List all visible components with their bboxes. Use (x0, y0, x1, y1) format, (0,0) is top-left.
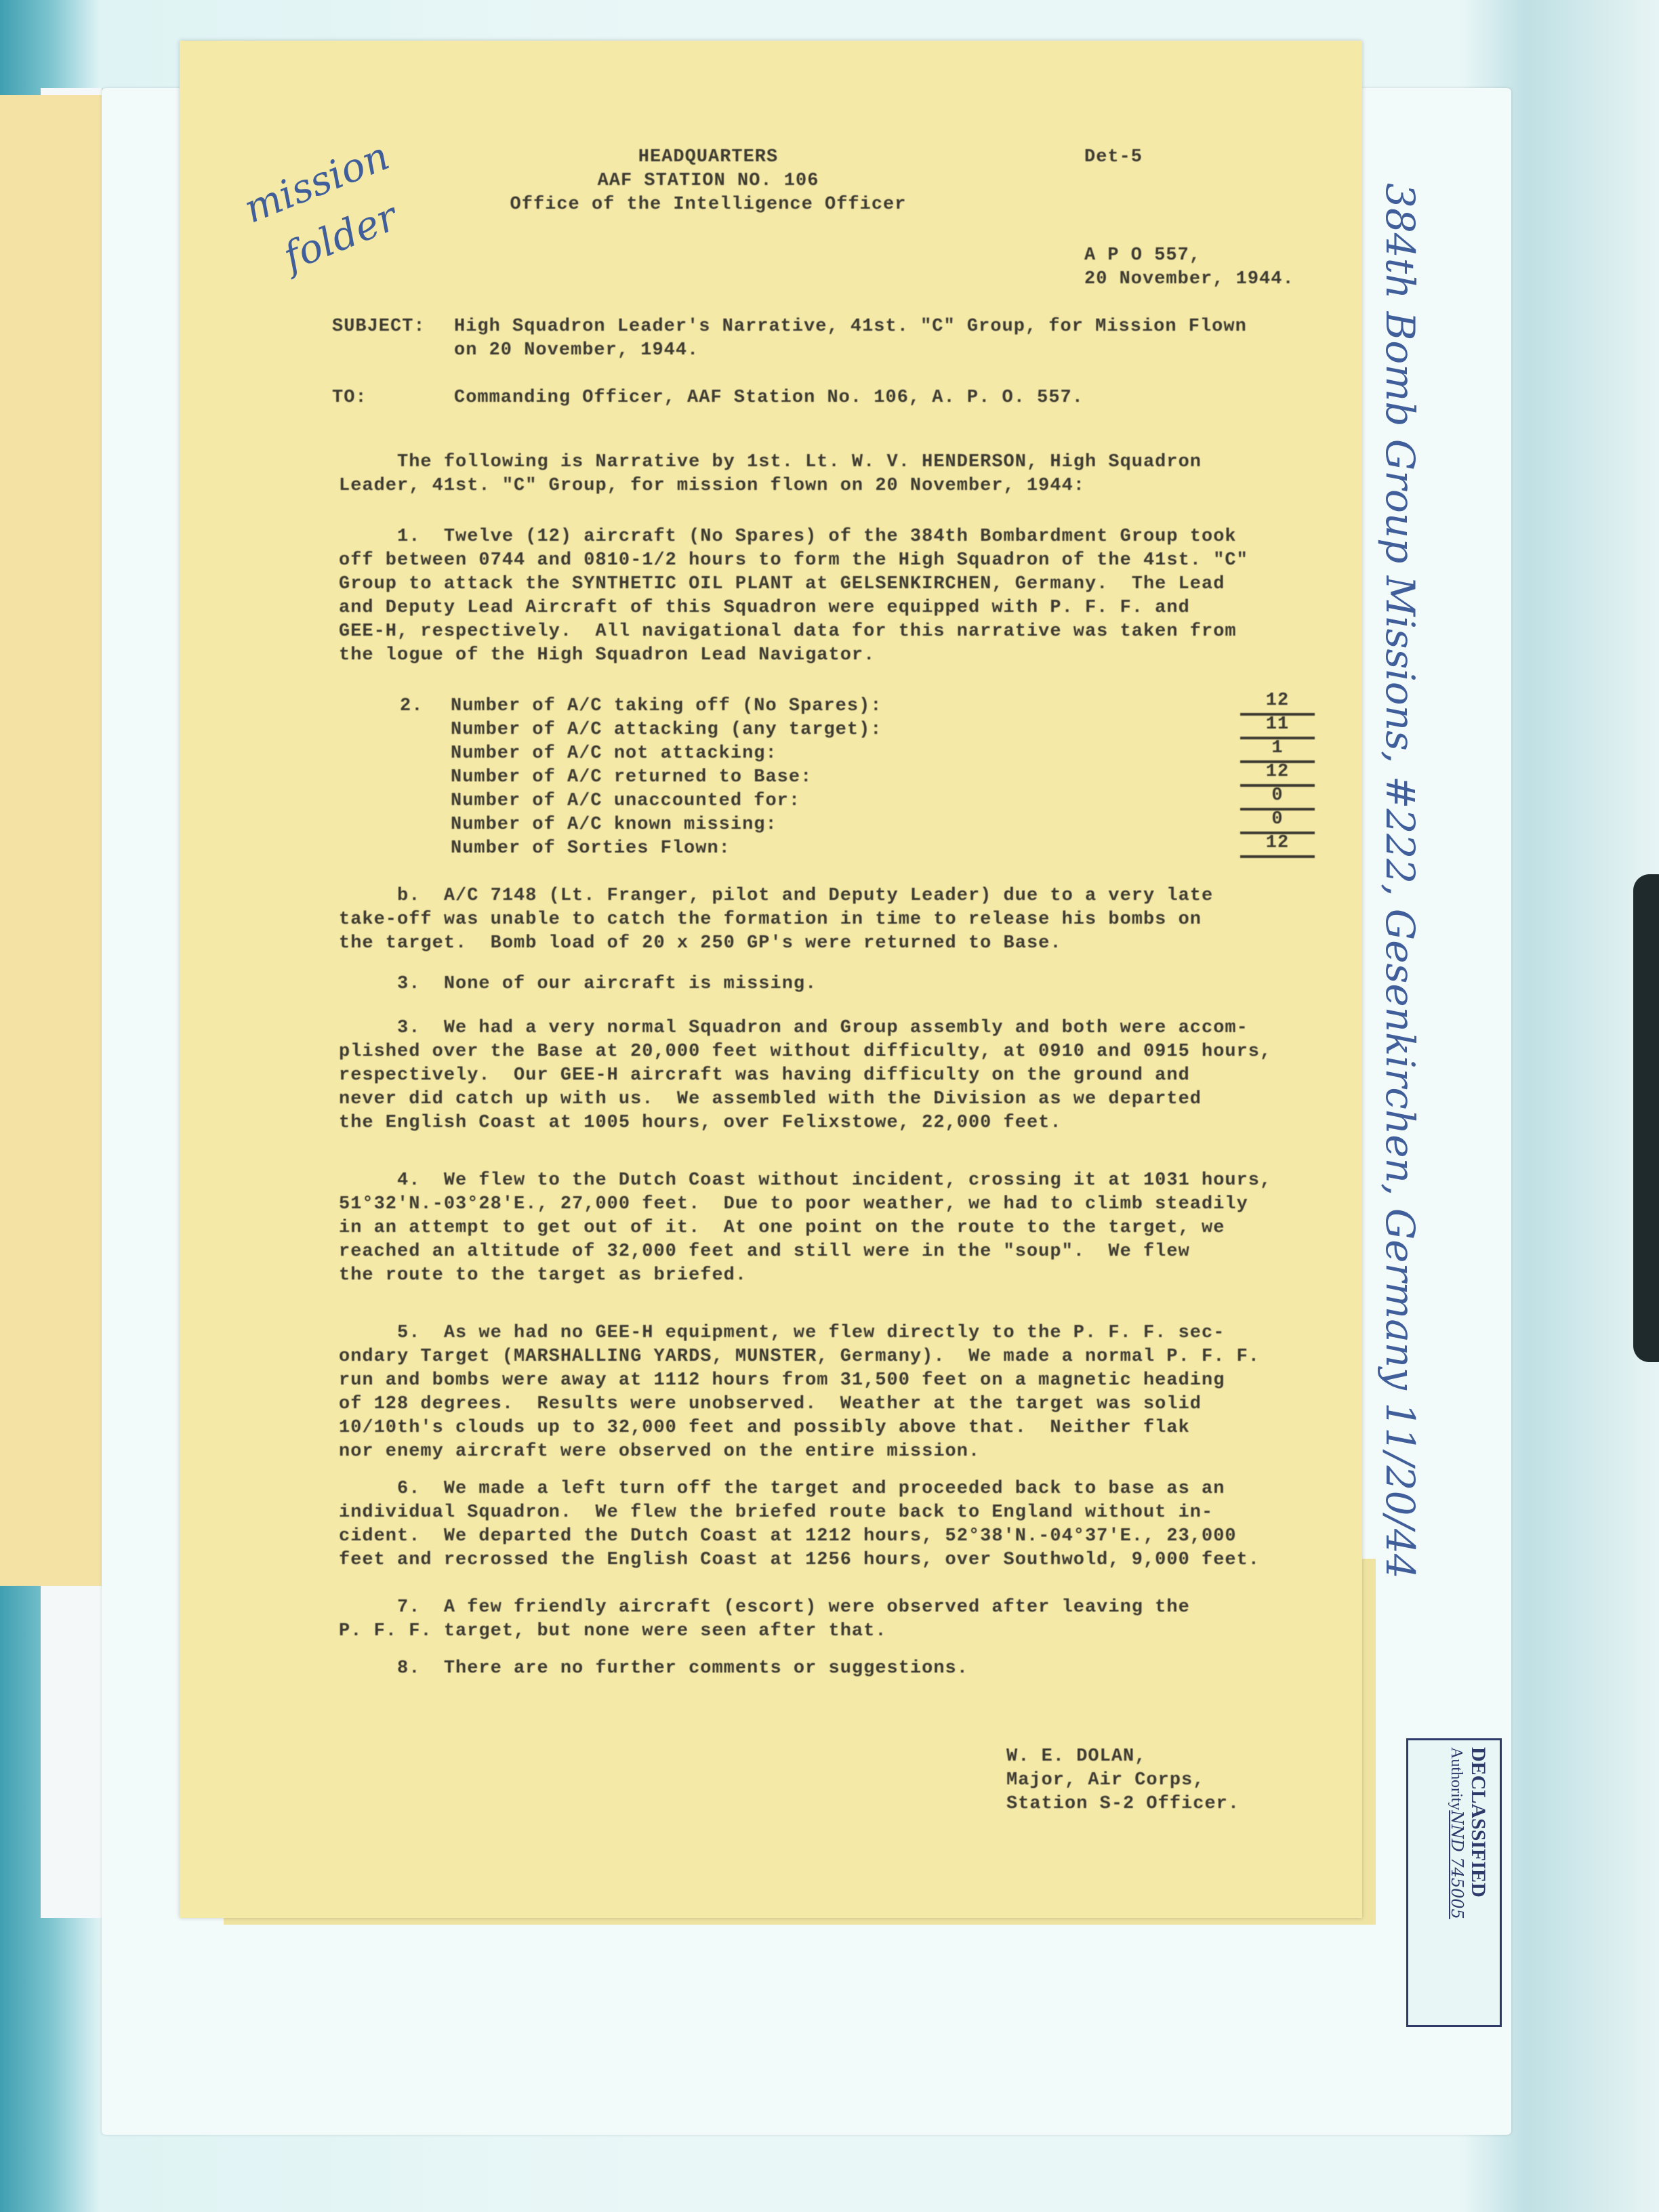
stamp-authority-value: NND 745005 (1448, 1810, 1467, 1919)
text-line: respectively. Our GEE-H aircraft was hav… (339, 1064, 1190, 1088)
reference-code: Det-5 (1084, 146, 1143, 169)
text-line: feet and recrossed the English Coast at … (339, 1549, 1260, 1572)
text-line: the target. Bomb load of 20 x 250 GP's w… (339, 932, 1062, 956)
text-line: of 128 degrees. Results were unobserved.… (339, 1393, 1202, 1416)
text-line: reached an altitude of 32,000 feet and s… (339, 1240, 1190, 1264)
text-line: 4. We flew to the Dutch Coast without in… (339, 1169, 1271, 1193)
header-station: AAF STATION NO. 106 (518, 169, 898, 193)
text-line: 10/10th's clouds up to 32,000 feet and p… (339, 1416, 1190, 1440)
count-label: Number of A/C returned to Base: (451, 766, 812, 790)
stamp-title: DECLASSIFIED (1467, 1747, 1490, 1919)
text-line: 8. There are no further comments or sugg… (339, 1657, 968, 1681)
count-value: 12 (1240, 689, 1315, 716)
item-2a-label: 2. (400, 695, 423, 718)
header-headquarters: HEADQUARTERS (518, 146, 898, 169)
count-value: 12 (1240, 832, 1315, 858)
text-line: plished over the Base at 20,000 feet wit… (339, 1040, 1271, 1064)
to-text: Commanding Officer, AAF Station No. 106,… (454, 386, 1084, 410)
declassified-stamp: DECLASSIFIED AuthorityNND 745005 (1406, 1738, 1502, 2027)
text-line: run and bombs were away at 1112 hours fr… (339, 1369, 1225, 1393)
signature-line: Station S-2 Officer. (1006, 1793, 1240, 1816)
document-page: mission folder HEADQUARTERS AAF STATION … (180, 41, 1362, 1918)
text-line: Group to attack the SYNTHETIC OIL PLANT … (339, 573, 1225, 596)
stamp-authority-label: Authority (1448, 1747, 1465, 1810)
subject-line-2: on 20 November, 1944. (454, 339, 699, 363)
side-note-text: 384th Bomb Group Missions, #222, Gesenki… (1377, 183, 1423, 1579)
text-line: the logue of the High Squadron Lead Navi… (339, 644, 875, 668)
text-line: in an attempt to get out of it. At one p… (339, 1216, 1225, 1240)
count-label: Number of A/C taking off (No Spares): (451, 695, 882, 718)
text-line: take-off was unable to catch the formati… (339, 908, 1202, 932)
text-line: 5. As we had no GEE-H equipment, we flew… (339, 1322, 1225, 1345)
text-line: the route to the target as briefed. (339, 1264, 747, 1288)
text-line: The following is Narrative by 1st. Lt. W… (339, 451, 1202, 474)
manila-folder-left (0, 95, 112, 1586)
document-date: 20 November, 1944. (1084, 268, 1294, 291)
text-line: ondary Target (MARSHALLING YARDS, MUNSTE… (339, 1345, 1260, 1369)
text-line: 3. None of our aircraft is missing. (339, 972, 817, 996)
text-line: and Deputy Lead Aircraft of this Squadro… (339, 596, 1190, 620)
text-line: b. A/C 7148 (Lt. Franger, pilot and Depu… (339, 884, 1213, 908)
subject-line-1: High Squadron Leader's Narrative, 41st. … (454, 315, 1247, 339)
text-line: P. F. F. target, but none were seen afte… (339, 1620, 887, 1643)
count-value: 12 (1240, 760, 1315, 787)
count-label: Number of Sorties Flown: (451, 837, 731, 861)
count-value: 1 (1240, 737, 1315, 763)
header-office: Office of the Intelligence Officer (505, 193, 912, 217)
text-line: Leader, 41st. "C" Group, for mission flo… (339, 474, 1085, 498)
text-line: cident. We departed the Dutch Coast at 1… (339, 1525, 1237, 1549)
count-value: 0 (1240, 808, 1315, 834)
signature-line: Major, Air Corps, (1006, 1769, 1204, 1793)
text-line: 51°32'N.-03°28'E., 27,000 feet. Due to p… (339, 1193, 1248, 1216)
text-line: individual Squadron. We flew the briefed… (339, 1501, 1213, 1525)
text-line: 6. We made a left turn off the target an… (339, 1477, 1225, 1501)
count-value: 11 (1240, 713, 1315, 739)
count-label: Number of A/C not attacking: (451, 742, 777, 766)
text-line: the English Coast at 1005 hours, over Fe… (339, 1111, 1062, 1135)
text-line: never did catch up with us. We assembled… (339, 1088, 1202, 1111)
text-line: off between 0744 and 0810-1/2 hours to f… (339, 549, 1248, 573)
signature-line: W. E. DOLAN, (1006, 1745, 1146, 1769)
count-value: 0 (1240, 784, 1315, 811)
text-line: GEE-H, respectively. All navigational da… (339, 620, 1237, 644)
apo-number: A P O 557, (1084, 244, 1201, 268)
text-line: nor enemy aircraft were observed on the … (339, 1440, 980, 1464)
dark-object-edge (1633, 874, 1659, 1362)
count-label: Number of A/C unaccounted for: (451, 790, 800, 813)
text-line: 1. Twelve (12) aircraft (No Spares) of t… (339, 525, 1237, 549)
text-line: 7. A few friendly aircraft (escort) were… (339, 1596, 1190, 1620)
count-label: Number of A/C attacking (any target): (451, 718, 882, 742)
to-label: TO: (332, 386, 367, 410)
count-label: Number of A/C known missing: (451, 813, 777, 837)
subject-label: SUBJECT: (332, 315, 426, 339)
text-line: 3. We had a very normal Squadron and Gro… (339, 1017, 1248, 1040)
handwritten-side-note: 384th Bomb Group Missions, #222, Gesenki… (1382, 183, 1437, 1640)
